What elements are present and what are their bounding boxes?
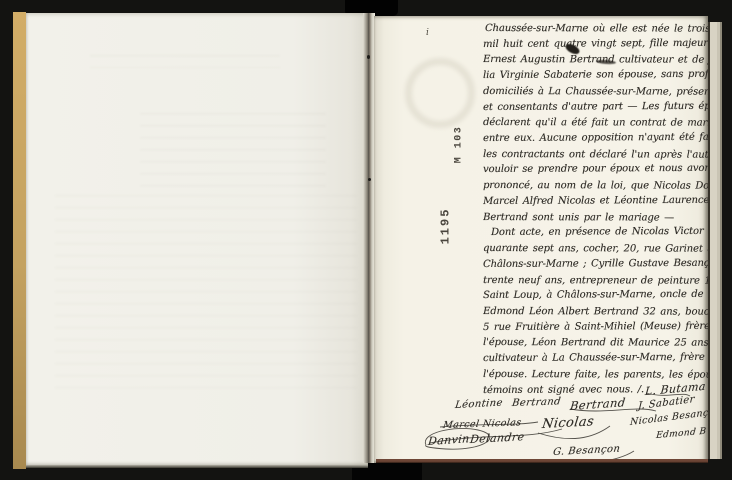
show-through-text bbox=[55, 195, 357, 391]
left-page-blank bbox=[26, 13, 368, 466]
manuscript-line: domiciliés à La Chaussée-sur-Marne, prés… bbox=[483, 84, 708, 100]
manuscript-line: cultivateur à La Chaussée-sur-Marne, frè… bbox=[483, 350, 708, 367]
scanned-register-spread: i M 103 1195 Chaussée-sur-Marne où elle … bbox=[0, 0, 732, 480]
page-bottom-edge bbox=[376, 459, 708, 463]
left-page-bottom-edge bbox=[26, 465, 368, 468]
book-cover-edge bbox=[13, 12, 26, 469]
manuscript-line: lia Virginie Sabaterie son épouse, sans … bbox=[483, 67, 708, 84]
manuscript-line: Edmond Léon Albert Bertrand 32 ans, bouc… bbox=[483, 304, 708, 320]
show-through-text bbox=[90, 55, 280, 68]
dust-speck bbox=[367, 55, 370, 59]
signatures-block: L. ButamaLéontineBertrandBertrandJ. Saba… bbox=[420, 393, 706, 463]
manuscript: Chaussée-sur-Marne où elle est née le tr… bbox=[483, 21, 708, 401]
manuscript-line: entre eux. Aucune opposition n'ayant été… bbox=[483, 130, 708, 147]
right-page-manuscript: i M 103 1195 Chaussée-sur-Marne où elle … bbox=[374, 16, 708, 463]
manuscript-line: Marcel Alfred Nicolas et Léontine Lauren… bbox=[483, 193, 708, 210]
manuscript-line: l'épouse. Lecture faite, les parents, le… bbox=[483, 367, 708, 383]
corner-pencil-note: i bbox=[426, 28, 429, 38]
manuscript-line: quarante sept ans, cocher, 20, rue Garin… bbox=[483, 241, 708, 257]
dust-speck bbox=[368, 178, 371, 181]
page-stack-edge bbox=[708, 22, 722, 459]
archive-stamp-1195: 1195 bbox=[438, 208, 452, 245]
signature: Nicolas bbox=[541, 414, 595, 432]
manuscript-line: mil huit cent quatre vingt sept, fille m… bbox=[483, 35, 708, 52]
signature: Bertrand bbox=[511, 396, 561, 409]
manuscript-line: Dont acte, en présence de Nicolas Victor… bbox=[491, 224, 708, 241]
manuscript-line: Saint Loup, à Châlons-sur-Marne, oncle d… bbox=[483, 287, 708, 304]
manuscript-line: et consentants d'autre part — Les futurs… bbox=[483, 98, 708, 115]
manuscript-line: Chaussée-sur-Marne où elle est née le tr… bbox=[485, 21, 708, 37]
manuscript-line: 5 rue Fruitière à Saint-Mihiel (Meuse) f… bbox=[483, 318, 708, 335]
faint-stamp-circle bbox=[405, 58, 475, 128]
show-through-text bbox=[140, 113, 326, 195]
archive-stamp-m103: M 103 bbox=[453, 126, 464, 164]
manuscript-line: vouloir se prendre pour époux et nous av… bbox=[483, 161, 708, 178]
manuscript-line: Châlons-sur-Marne ; Cyrille Gustave Besa… bbox=[483, 256, 708, 273]
